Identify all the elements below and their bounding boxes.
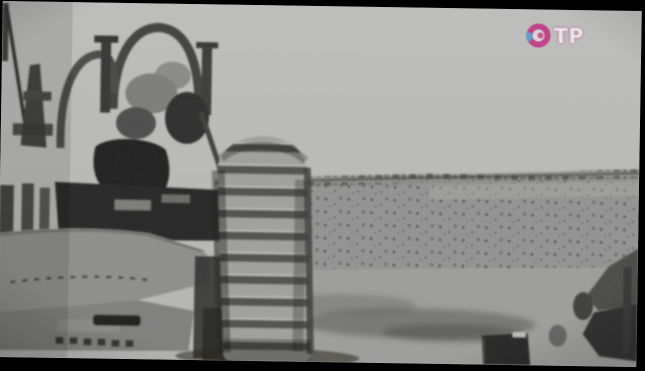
left-edge-shade [0, 1, 73, 358]
otr-logo-icon [526, 23, 551, 48]
film-still[interactable] [0, 1, 642, 367]
channel-watermark: ТР [526, 23, 584, 48]
video-frame: ТР [0, 0, 645, 371]
vignette-overlay [0, 1, 642, 367]
otr-logo-letters: ТР [554, 24, 584, 48]
scene-art [0, 1, 642, 367]
